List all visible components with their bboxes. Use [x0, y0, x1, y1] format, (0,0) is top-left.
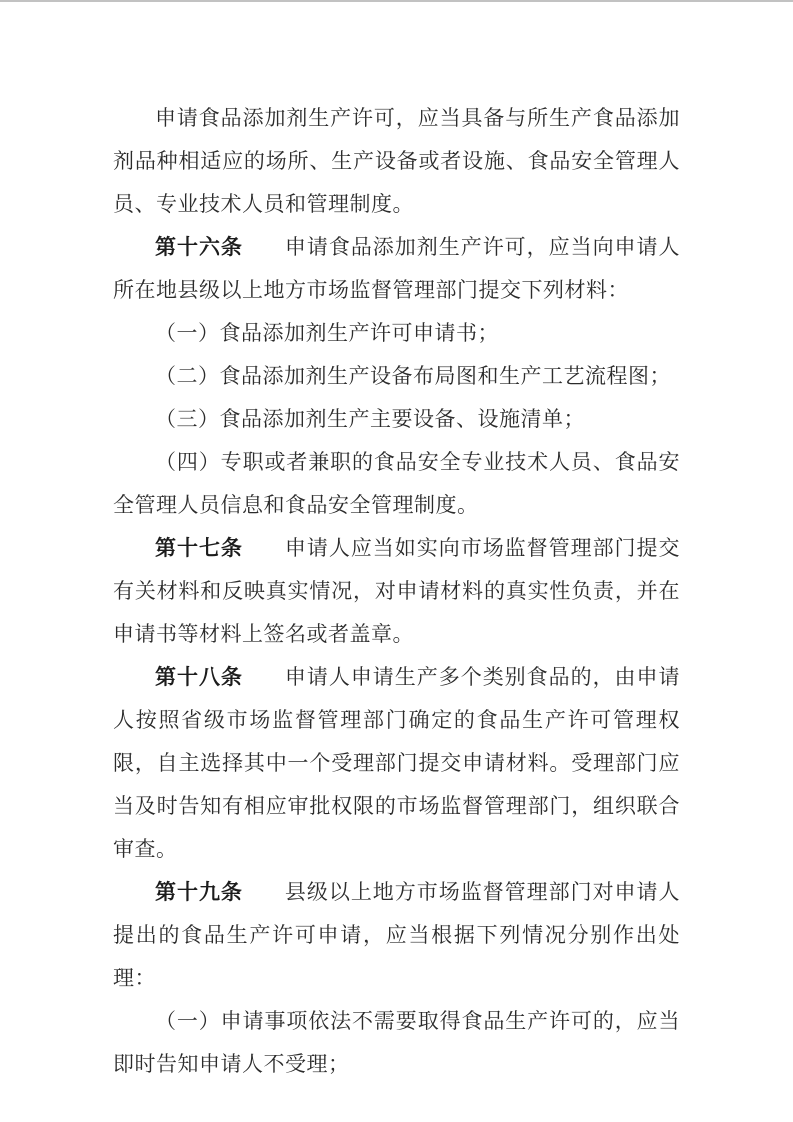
- list-item-1: （一）食品添加剂生产许可申请书；: [113, 312, 680, 355]
- list-item-2: （二）食品添加剂生产设备布局图和生产工艺流程图；: [113, 355, 680, 398]
- list-item-5-text: （一）申请事项依法不需要取得食品生产许可的，应当即时告知申请人不受理；: [113, 1009, 680, 1076]
- document-page: 申请食品添加剂生产许可，应当具备与所生产食品添加剂品种相适应的场所、生产设备或者…: [0, 0, 793, 1122]
- list-item-5: （一）申请事项依法不需要取得食品生产许可的，应当即时告知申请人不受理；: [113, 1000, 680, 1086]
- list-item-4-text: （四）专职或者兼职的食品安全专业技术人员、食品安全管理人员信息和食品安全管理制度…: [113, 450, 680, 517]
- paragraph-text: 申请食品添加剂生产许可，应当具备与所生产食品添加剂品种相适应的场所、生产设备或者…: [113, 106, 680, 216]
- list-item-2-text: （二）食品添加剂生产设备布局图和生产工艺流程图；: [155, 364, 671, 388]
- article-19-paragraph: 第十九条县级以上地方市场监督管理部门对申请人提出的食品生产许可申请，应当根据下列…: [113, 871, 680, 1000]
- list-item-3: （三）食品添加剂生产主要设备、设施清单；: [113, 398, 680, 441]
- list-item-1-text: （一）食品添加剂生产许可申请书；: [155, 321, 499, 345]
- scan-top-edge: [0, 0, 793, 2]
- article-18-text: 申请人申请生产多个类别食品的，由申请人按照省级市场监督管理部门确定的食品生产许可…: [113, 665, 680, 861]
- article-16-paragraph: 第十六条申请食品添加剂生产许可，应当向申请人所在地县级以上地方市场监督管理部门提…: [113, 226, 680, 312]
- article-16-number: 第十六条: [155, 236, 243, 259]
- article-19-number: 第十九条: [155, 881, 243, 904]
- article-18-number: 第十八条: [155, 666, 243, 689]
- article-18-paragraph: 第十八条申请人申请生产多个类别食品的，由申请人按照省级市场监督管理部门确定的食品…: [113, 656, 680, 871]
- article-17-paragraph: 第十七条申请人应当如实向市场监督管理部门提交有关材料和反映真实情况，对申请材料的…: [113, 527, 680, 656]
- document-body: 申请食品添加剂生产许可，应当具备与所生产食品添加剂品种相适应的场所、生产设备或者…: [113, 97, 680, 1086]
- paragraph-continuation: 申请食品添加剂生产许可，应当具备与所生产食品添加剂品种相适应的场所、生产设备或者…: [113, 97, 680, 226]
- article-17-number: 第十七条: [155, 537, 243, 560]
- list-item-3-text: （三）食品添加剂生产主要设备、设施清单；: [155, 407, 585, 431]
- list-item-4: （四）专职或者兼职的食品安全专业技术人员、食品安全管理人员信息和食品安全管理制度…: [113, 441, 680, 527]
